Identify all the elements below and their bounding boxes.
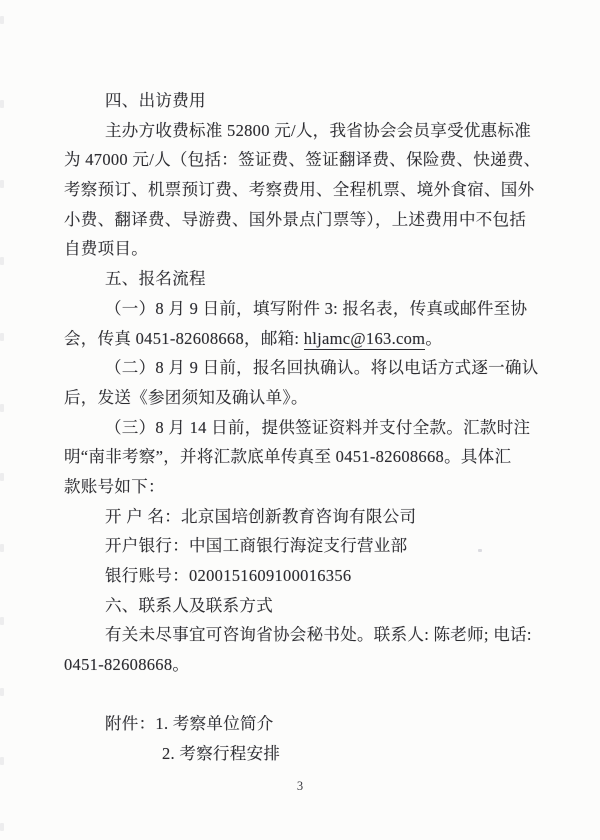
fees-paragraph-line: 考察预订、机票预订费、考察费用、全程机票、境外食宿、国外	[64, 175, 538, 205]
signup-step3-line: （三）8 月 14 日前，提供签证资料并支付全款。汇款时注	[64, 413, 538, 443]
bank-account-number: 银行账号：0200151609100016356	[64, 561, 538, 591]
scan-artifact	[0, 257, 4, 265]
scan-artifact	[0, 757, 4, 765]
contact-email: hljamc@163.com	[304, 329, 426, 350]
fees-paragraph-line: 小费、翻译费、导游费、国外景点门票等），上述费用中不包括	[64, 205, 538, 235]
scan-artifact	[0, 823, 4, 831]
attachment-line-2: 2. 考察行程安排	[64, 739, 538, 769]
scan-artifact	[0, 473, 4, 481]
signup-step1-text: 会，传真 0451-82608668，邮箱:	[64, 329, 304, 348]
section-signup-heading: 五、报名流程	[64, 264, 538, 294]
blank-line	[64, 680, 538, 710]
fees-paragraph-line: 主办方收费标准 52800 元/人，我省协会会员享受优惠标准	[64, 116, 538, 146]
bank-account-bank: 开户银行：中国工商银行海淀支行营业部	[64, 531, 538, 561]
fees-paragraph-line: 自费项目。	[64, 234, 538, 264]
bank-account-name: 开 户 名：北京国培创新教育咨询有限公司	[64, 502, 538, 532]
signup-step1-text: 。	[425, 329, 442, 348]
signup-step1-line: 会，传真 0451-82608668，邮箱: hljamc@163.com。	[64, 324, 538, 354]
contact-line: 0451-82608668。	[64, 650, 538, 680]
scan-artifact	[0, 617, 4, 625]
scan-artifact	[0, 16, 4, 24]
signup-step3-line: 款账号如下：	[64, 472, 538, 502]
attachment-line-1: 附件：1. 考察单位简介	[64, 709, 538, 739]
signup-step2-line: 后，发送《参团须知及确认单》。	[64, 383, 538, 413]
contact-line: 有关未尽事宜可咨询省协会秘书处。联系人: 陈老师; 电话:	[64, 620, 538, 650]
scan-artifact	[0, 100, 4, 108]
scan-artifact	[0, 180, 4, 188]
scan-artifact	[0, 544, 4, 552]
signup-step2-line: （二）8 月 9 日前，报名回执确认。将以电话方式逐一确认	[64, 353, 538, 383]
page-number: 3	[0, 779, 600, 794]
document-page: 四、出访费用 主办方收费标准 52800 元/人，我省协会会员享受优惠标准 为 …	[0, 0, 600, 840]
scan-artifact	[0, 333, 4, 341]
document-body: 四、出访费用 主办方收费标准 52800 元/人，我省协会会员享受优惠标准 为 …	[64, 86, 538, 769]
section-contact-heading: 六、联系人及联系方式	[64, 591, 538, 621]
section-fees-heading: 四、出访费用	[64, 86, 538, 116]
fees-paragraph-line: 为 47000 元/人（包括：签证费、签证翻译费、保险费、快递费、	[64, 145, 538, 175]
signup-step3-line: 明“南非考察”，并将汇款底单传真至 0451-82608668。具体汇	[64, 442, 538, 472]
scan-artifact	[0, 404, 4, 412]
scan-artifact	[0, 688, 4, 696]
signup-step1-line: （一）8 月 9 日前，填写附件 3: 报名表，传真或邮件至协	[64, 294, 538, 324]
